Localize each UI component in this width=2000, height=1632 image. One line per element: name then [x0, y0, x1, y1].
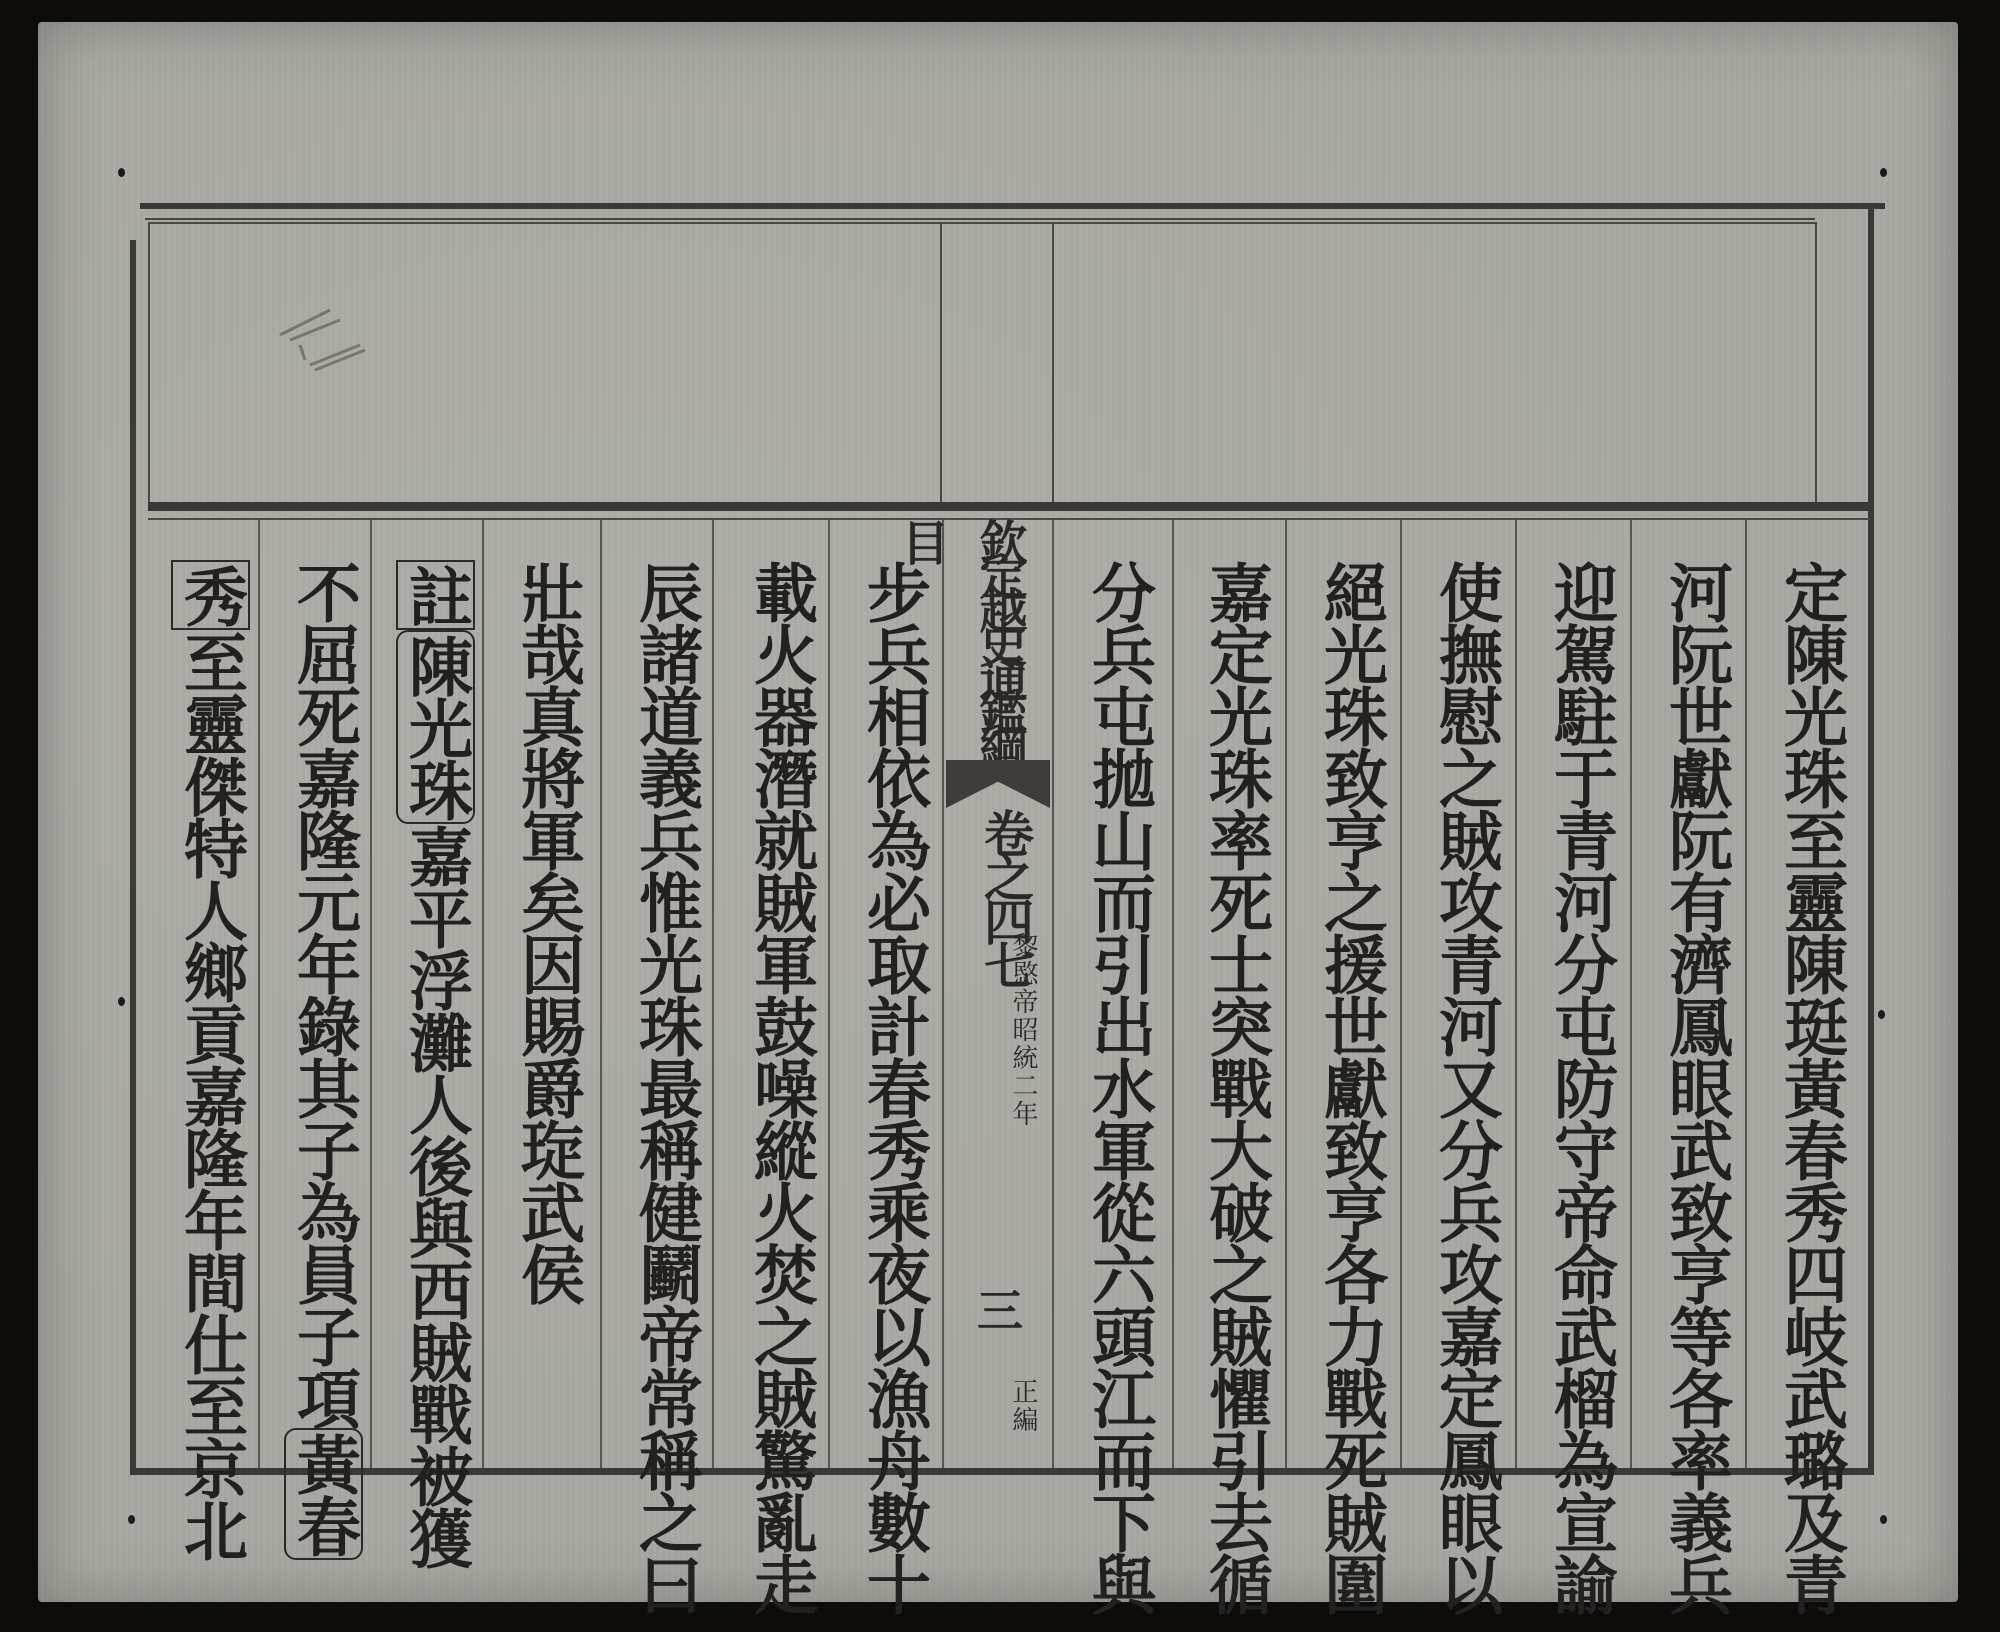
text-column-7: 分兵屯拋山而引出水軍從六頭江而下與 — [1073, 560, 1163, 1614]
section-label: 正編 — [1008, 1378, 1038, 1434]
upper-divider — [1052, 222, 1054, 504]
column-rule — [1630, 520, 1632, 1468]
column-rule — [1172, 520, 1174, 1468]
text-column-14: 秀至靈傑特人鄉貢嘉隆年間仕至京北 — [165, 560, 255, 1560]
text-column-10: 辰諸道義兵惟光珠最稱健鬬帝常稱之曰 — [620, 560, 710, 1614]
column-text: 至靈傑特人鄉貢嘉隆年間仕至京北 — [173, 630, 248, 1560]
frame-top-inner-rule — [145, 218, 1815, 220]
binding-hole — [128, 1515, 135, 1524]
column-rule — [1515, 520, 1517, 1468]
column-rule — [370, 520, 372, 1468]
header-rule — [148, 502, 1870, 511]
page-number: 三 — [970, 1275, 1030, 1341]
text-column-8: 步兵相依為必取計春秀乘夜以漁舟數十 — [848, 560, 938, 1614]
column-rule — [712, 520, 714, 1468]
text-column-1: 定陳光珠至靈陳珽黃春秀四岐武璐及青 — [1765, 560, 1855, 1614]
frame-top-rule — [140, 203, 1885, 209]
text-column-12: 註陳光珠嘉平浮灘人後與西賊戰被獲 — [390, 560, 480, 1568]
column-rule — [942, 520, 944, 1468]
faint-sketch-mark — [270, 285, 390, 405]
personal-name-mark: 陳光珠 — [396, 630, 475, 824]
upper-divider — [940, 222, 942, 504]
column-rule — [1745, 520, 1747, 1468]
frame-left-rule — [130, 240, 136, 1475]
binding-hole — [118, 168, 125, 177]
binding-hole — [1878, 1010, 1885, 1019]
text-column-9: 載火器潛就賊軍鼓噪縱火焚之賊驚亂走 — [735, 560, 825, 1614]
column-rule — [1400, 520, 1402, 1468]
binding-hole — [1880, 1515, 1887, 1524]
column-text: 嘉平浮灘人後與西賊戰被獲 — [398, 824, 473, 1568]
binding-hole — [1880, 168, 1887, 177]
reign-label: 黎愍帝昭統二年 — [1008, 932, 1038, 1128]
book-title: 欽定越史通鑑綱目 — [958, 518, 1038, 763]
column-rule — [828, 520, 830, 1468]
continued-name-mark: 秀 — [171, 560, 250, 630]
text-column-5: 絕光珠致亨之援世獻致亨各力戰死賊圍 — [1305, 560, 1395, 1614]
text-column-11: 壯哉真將軍矣因賜爵琁武侯 — [502, 560, 592, 1304]
upper-margin-box — [148, 222, 1817, 504]
binding-hole — [118, 997, 125, 1006]
text-column-4: 使撫慰之賊攻青河又分兵攻嘉定鳳眼以 — [1420, 560, 1510, 1614]
column-rule — [482, 520, 484, 1468]
text-column-6: 嘉定光珠率死士突戰大破之賊懼引去循 — [1190, 560, 1280, 1614]
annotation-marker: 註 — [396, 560, 475, 630]
column-text: 不屈死嘉隆元年錄其子為員子項 — [286, 560, 361, 1428]
personal-name-mark: 黃春 — [284, 1428, 363, 1560]
column-rule — [1285, 520, 1287, 1468]
text-column-3: 迎駕駐于青河分屯防守帝命武榴為宣諭 — [1535, 560, 1625, 1614]
text-column-2: 河阮世獻阮有濟鳳眼武致亨等各率義兵 — [1650, 560, 1740, 1614]
text-column-13: 不屈死嘉隆元年錄其子為員子項黃春 — [278, 560, 368, 1560]
column-rule — [258, 520, 260, 1468]
column-rule — [1052, 520, 1054, 1468]
frame-right-rule — [1868, 205, 1874, 1475]
column-rule — [600, 520, 602, 1468]
